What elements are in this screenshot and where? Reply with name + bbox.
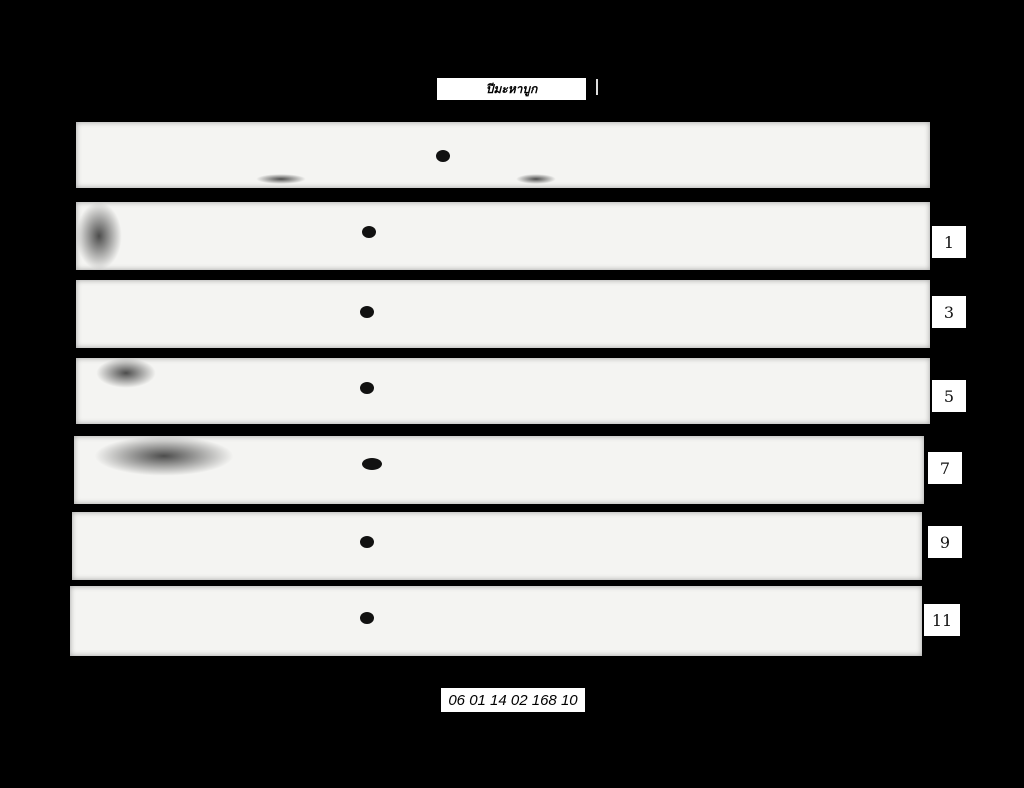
script-line bbox=[130, 331, 930, 340]
script-line bbox=[146, 607, 922, 616]
script-line bbox=[156, 378, 930, 387]
manuscript-leaf bbox=[72, 512, 922, 580]
string-hole bbox=[362, 458, 382, 470]
script-line bbox=[156, 363, 930, 372]
script-line bbox=[136, 408, 930, 417]
script-line bbox=[156, 393, 930, 402]
folio-label-9: 9 bbox=[928, 526, 962, 558]
label-edge-mark bbox=[596, 79, 598, 95]
manuscript-leaf bbox=[70, 586, 922, 656]
stain-mark bbox=[516, 174, 556, 184]
script-line bbox=[146, 637, 922, 646]
manuscript-leaf bbox=[74, 436, 924, 504]
script-line bbox=[144, 457, 924, 466]
script-line bbox=[146, 622, 922, 631]
string-hole bbox=[360, 306, 374, 318]
string-hole bbox=[362, 226, 376, 238]
string-hole bbox=[436, 150, 450, 162]
stain-mark bbox=[256, 174, 306, 184]
script-line bbox=[130, 210, 930, 219]
script-line bbox=[134, 472, 924, 481]
folio-label-5: 5 bbox=[932, 380, 966, 412]
script-line bbox=[146, 225, 930, 234]
folio-label-11: 11 bbox=[924, 604, 960, 636]
manuscript-title-label: ปีมะหาบูก bbox=[437, 78, 586, 100]
string-hole bbox=[360, 382, 374, 394]
script-line bbox=[134, 487, 924, 496]
margin-stain bbox=[76, 202, 122, 270]
script-line bbox=[148, 548, 922, 557]
string-hole bbox=[360, 536, 374, 548]
folio-label-7: 7 bbox=[928, 452, 962, 484]
script-line bbox=[148, 533, 922, 542]
cover-leaf bbox=[76, 122, 930, 188]
margin-stain bbox=[96, 358, 156, 388]
catalog-number-label: 06 01 14 02 168 10 bbox=[441, 688, 585, 712]
manuscript-leaf bbox=[76, 358, 930, 424]
script-line bbox=[146, 240, 930, 249]
manuscript-leaf bbox=[76, 202, 930, 270]
script-line bbox=[148, 518, 922, 527]
folio-label-3: 3 bbox=[932, 296, 966, 328]
manuscript-leaf bbox=[76, 280, 930, 348]
folio-label-1: 1 bbox=[932, 226, 966, 258]
script-line bbox=[146, 301, 930, 310]
script-line bbox=[134, 442, 924, 451]
script-line bbox=[146, 316, 930, 325]
string-hole bbox=[360, 612, 374, 624]
script-line bbox=[146, 286, 930, 295]
script-line bbox=[146, 592, 922, 601]
script-line bbox=[130, 255, 930, 264]
script-line bbox=[148, 563, 922, 572]
